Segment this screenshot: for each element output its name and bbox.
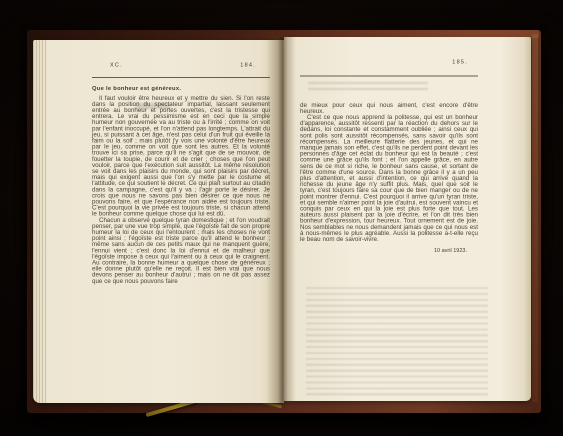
body-paragraph: de mieux pour ceux qui nous aiment, c'es…	[300, 102, 478, 114]
right-page-bleed-through	[306, 287, 488, 399]
right-page-text: 185. de mieux pour ceux qui nous aiment,…	[300, 59, 478, 254]
left-page-number: 184.	[240, 62, 256, 68]
page-edge-striations	[33, 40, 46, 403]
body-paragraph: C'est ce que nous apprend la politesse, …	[300, 114, 478, 242]
chapter-number: XC.	[110, 62, 123, 68]
book-photo: XC. 184. Que le bonheur est généreux. Il…	[0, 0, 563, 436]
chapter-title: Que le bonheur est généreux.	[92, 85, 270, 91]
gutter-shadow	[266, 37, 296, 403]
date-line: 10 avril 1923.	[300, 248, 478, 254]
right-header-rule	[300, 76, 478, 77]
right-page-number: 185.	[452, 59, 468, 65]
left-header-rule	[92, 77, 270, 78]
right-page-header: 185.	[300, 59, 478, 65]
body-paragraph: Il faut vouloir être heureux et y mettre…	[92, 95, 270, 217]
body-paragraph: Chacun a observé quelque tyran domestiqu…	[92, 217, 270, 284]
left-page-text: XC. 184. Que le bonheur est généreux. Il…	[92, 62, 270, 284]
left-page-header: XC. 184.	[92, 62, 270, 68]
